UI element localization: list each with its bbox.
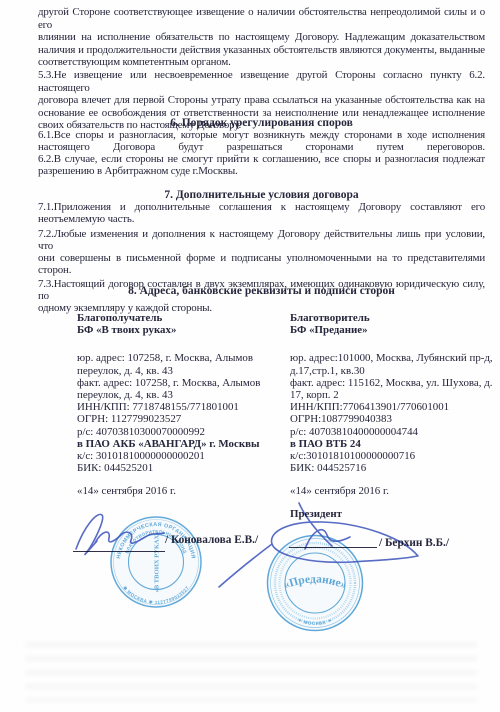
paragraph-line: неотъемлемую часть.	[38, 213, 485, 225]
page-bleed-through	[25, 642, 477, 702]
svg-text:✦ МОСКВА ✦: ✦ МОСКВА ✦	[297, 617, 333, 626]
contract-date: «14» сентября 2016 г.	[290, 485, 495, 497]
section-7-heading: 7. Дополнительные условия договора	[38, 189, 485, 201]
konovalova-handwritten-signature	[76, 514, 164, 554]
party-role: Благотворитель	[290, 312, 495, 324]
contract-date: «14» сентября 2016 г.	[77, 485, 289, 497]
donor-seal-stamp: ✦ МОСКВА ✦ «Предание»	[268, 536, 363, 631]
paragraph-line: соответствующим компетентным органом.	[38, 56, 485, 69]
party-detail-line: д.17,стр.1, кв.30	[290, 365, 495, 377]
paragraph-line: разрешению в Арбитражном суде г.Москвы.	[38, 165, 485, 177]
party-detail-line: БИК: 044525716	[290, 462, 495, 474]
paragraph-line: настоящего Договора будут разрешаться ст…	[38, 141, 485, 153]
paragraph-line: наличия и продолжительности действия ука…	[38, 44, 485, 57]
party-bank-line: в ПАО АКБ «АВАНГАРД» г. Москвы	[77, 438, 289, 450]
party-detail-line: р/с: 40703810300070000992	[77, 426, 289, 438]
party-bank-line: в ПАО ВТБ 24	[290, 438, 495, 450]
party-detail-line: ИНН/КПП:7706413901/770601001	[290, 401, 495, 413]
party-detail-line: БИК: 044525201	[77, 462, 289, 474]
party-detail-line: факт. адрес: 115162, Москва, ул. Шухова,…	[290, 377, 495, 389]
section-8-heading: 8. Адреса, банковские реквизиты и подпис…	[38, 285, 485, 297]
seal-center-text: «Предание»	[282, 573, 349, 591]
party-detail-line: к/с: 30101810000000000201	[77, 450, 289, 462]
paragraph-line: 5.3.Не извещение или несвоевременное изв…	[38, 69, 485, 94]
party-name: БФ «В твоих руках»	[77, 324, 289, 336]
paragraph-line: другой Стороне соответствующее извещение…	[38, 6, 485, 31]
contract-scan-page: другой Стороне соответствующее извещение…	[0, 0, 500, 712]
party-name: БФ «Предание»	[290, 324, 495, 336]
signature-line	[73, 551, 165, 552]
party-detail-line: юр. адрес: 107258, г. Москва, Алымов	[77, 352, 289, 364]
paragraph-line: 7.1.Приложения и дополнительные соглашен…	[38, 201, 485, 213]
signature-name-konovalova: / Коновалова Е.В./	[165, 534, 258, 546]
signature-name-berkhin: / Берхин В.Б./	[379, 537, 449, 549]
party-detail-line: р/с: 40703810400000004744	[290, 426, 495, 438]
president-title: Президент	[290, 508, 495, 520]
paragraph-line: они совершены в письменной форме и подпи…	[38, 252, 485, 276]
recipient-column: Благополучатель БФ «В твоих руках» юр. а…	[77, 312, 289, 497]
section-6-heading: 6. Порядок урегулирования споров	[38, 117, 485, 129]
paragraph-line: 7.2.Любые изменения и дополнения к насто…	[38, 228, 485, 252]
paragraph-line: договора влечет для первой Стороны утрат…	[38, 94, 485, 107]
party-detail-line: 17, корп. 2	[290, 389, 495, 401]
seal-ring-bottom-text: ✦ МОСКВА ✦	[297, 617, 333, 626]
party-detail-line: юр. адрес:101000, Москва, Лубянский пр-д…	[290, 352, 495, 364]
seal-center-text: «В ТВОИХ РУКАХ»	[154, 531, 161, 592]
section-6-body: 6.1.Все споры и разногласия, которые мог…	[38, 129, 485, 177]
party-role: Благополучатель	[77, 312, 289, 324]
donor-column: Благотворитель БФ «Предание» юр. адрес:1…	[290, 312, 495, 521]
seal-ring-bottom-text: ✱ МОСКВА ✱ 1127799023527	[122, 585, 190, 605]
paragraph-line: влиянии на исполнение обязательств по на…	[38, 31, 485, 44]
party-detail-line: к/с:30101810100000000716	[290, 450, 495, 462]
signature-line	[289, 547, 377, 548]
recipient-seal-stamp: НЕКОММЕРЧЕСКАЯ ОРГАНИЗАЦИЯ ✱ МОСКВА ✱ 11…	[111, 517, 201, 607]
party-detail-line: ИНН/КПП: 7718748155/771801001	[77, 401, 289, 413]
party-detail-line: переулок, д. 4, кв. 43	[77, 365, 289, 377]
party-detail-line: ОГРН:1087799040383	[290, 413, 495, 425]
party-detail-line: ОГРН: 1127799023527	[77, 413, 289, 425]
paragraph-line: 6.2.В случае, если стороны не смогут при…	[38, 153, 485, 165]
svg-text:«Предание»: «Предание»	[282, 573, 349, 591]
intro-paragraph: другой Стороне соответствующее извещение…	[38, 6, 485, 132]
party-detail-line: факт. адрес: 107258, г. Москва, Алымов	[77, 377, 289, 389]
party-detail-line: переулок, д. 4, кв. 43	[77, 389, 289, 401]
svg-text:✱ МОСКВА ✱ 1127799023527: ✱ МОСКВА ✱ 1127799023527	[122, 585, 190, 605]
paragraph-line: 6.1.Все споры и разногласия, которые мог…	[38, 129, 485, 141]
